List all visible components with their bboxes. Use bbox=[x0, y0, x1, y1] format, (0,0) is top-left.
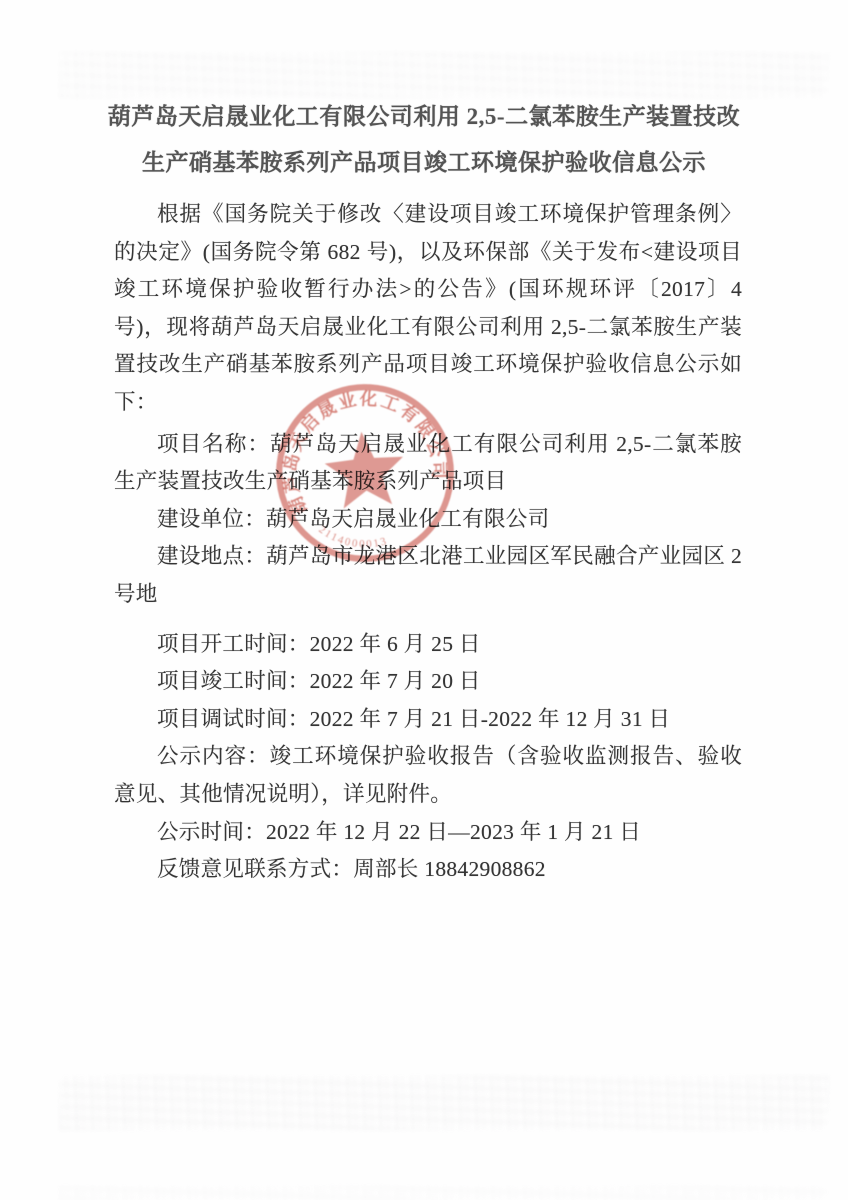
document-title-line-2: 生产硝基苯胺系列产品项目竣工环境保护验收信息公示 bbox=[60, 144, 788, 177]
document-body: 根据《国务院关于修改〈建设项目竣工环境保护管理条例〉的决定》(国务院令第 682… bbox=[114, 196, 742, 889]
scan-noise-band-bottom bbox=[60, 1076, 828, 1130]
publicity-content-line: 公示内容：竣工环境保护验收报告（含验收监测报告、验收意见、其他情况说明），详见附… bbox=[114, 738, 742, 813]
feedback-contact-line: 反馈意见联系方式：周部长 18842908862 bbox=[114, 851, 742, 889]
commissioning-date-line: 项目调试时间：2022 年 7 月 21 日-2022 年 12 月 31 日 bbox=[114, 701, 742, 739]
scan-noise-band-edge bbox=[60, 1186, 828, 1200]
completion-date-line: 项目竣工时间：2022 年 7 月 20 日 bbox=[114, 663, 742, 701]
construction-site-line: 建设地点：葫芦岛市龙港区北港工业园区军民融合产业园区 2 号地 bbox=[114, 538, 742, 613]
construction-unit-line: 建设单位：葫芦岛天启晟业化工有限公司 bbox=[114, 501, 742, 539]
scan-noise-band-top bbox=[60, 52, 828, 98]
start-date-line: 项目开工时间：2022 年 6 月 25 日 bbox=[114, 626, 742, 664]
project-name-line: 项目名称：葫芦岛天启晟业化工有限公司利用 2,5-二氯苯胺生产装置技改生产硝基苯… bbox=[114, 426, 742, 501]
intro-paragraph: 根据《国务院关于修改〈建设项目竣工环境保护管理条例〉的决定》(国务院令第 682… bbox=[114, 196, 742, 422]
document-title-line-1: 葫芦岛天启晟业化工有限公司利用 2,5-二氯苯胺生产装置技改 bbox=[60, 98, 788, 131]
publicity-period-line: 公示时间：2022 年 12 月 22 日—2023 年 1 月 21 日 bbox=[114, 814, 742, 852]
scanned-document-page: 葫芦岛天启晟业化工有限公司利用 2,5-二氯苯胺生产装置技改 生产硝基苯胺系列产… bbox=[0, 0, 848, 1200]
